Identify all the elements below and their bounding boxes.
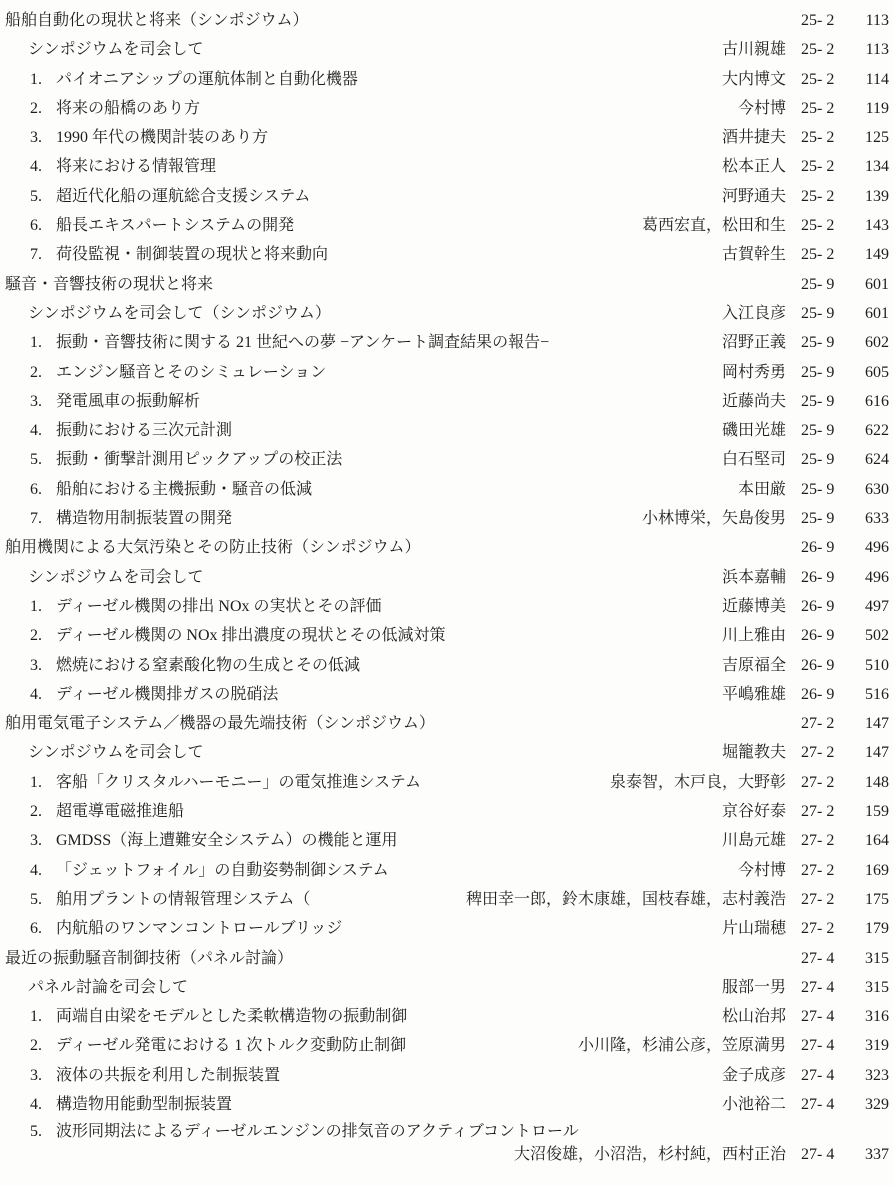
entry-authors: 片山瑞穂 [342, 914, 801, 943]
entry-title: 1990 年代の機関計装のあり方 [56, 123, 268, 152]
entry-page: 114 [847, 65, 889, 94]
entry-title: 船舶における主機振動・騒音の低減 [56, 475, 312, 504]
item-number: 1. [30, 1002, 56, 1031]
entry-title: パイオニアシップの運航体制と自動化機器 [56, 65, 358, 94]
toc-row: 4. 「ジェットフォイル」の自動姿勢制御システム 今村博 27- 2 169 [0, 856, 893, 885]
entry-page: 510 [847, 651, 889, 680]
entry-authors: 小池裕二 [232, 1090, 801, 1119]
toc-row: 船舶自動化の現状と将来（シンポジウム） 25- 2 113 [0, 6, 893, 35]
toc-row: 6. 船長エキスパートシステムの開発 葛西宏直，松田和生 25- 2 143 [0, 211, 893, 240]
item-number: 1. [30, 592, 56, 621]
item-number: 1. [30, 768, 56, 797]
toc-row: 5. 振動・衝撃計測用ピックアップの校正法 白石堅司 25- 9 624 [0, 445, 893, 474]
entry-volume-issue: 26- 9 [801, 592, 847, 621]
entry-page: 119 [847, 94, 889, 123]
toc-row: シンポジウムを司会して（シンポジウム） 入江良彦 25- 9 601 [0, 299, 893, 328]
entry-page: 616 [847, 387, 889, 416]
entry-authors: 堀籠教夫 [203, 738, 801, 767]
toc-row: 6. 船舶における主機振動・騒音の低減 本田厳 25- 9 630 [0, 475, 893, 504]
entry-page: 316 [847, 1002, 889, 1031]
entry-title: 舶用機関による大気汚染とその防止技術（シンポジウム） [5, 533, 420, 562]
entry-title: 将来における情報管理 [56, 152, 216, 181]
item-number: 2. [30, 94, 56, 123]
entry-volume-issue: 27- 4 [801, 1090, 847, 1119]
toc-row: 5. 超近代化船の運航総合支援システム 河野通夫 25- 2 139 [0, 182, 893, 211]
toc-row: 4. 将来における情報管理 松本正人 25- 2 134 [0, 152, 893, 181]
entry-volume-issue: 27- 2 [801, 738, 847, 767]
entry-authors: 小川隆，杉浦公彦，笠原満男 [406, 1031, 801, 1060]
entry-authors: 松本正人 [216, 152, 801, 181]
item-number: 7. [30, 240, 56, 269]
entry-authors: 吉原福全 [360, 651, 801, 680]
toc-row: 1. ディーゼル機関の排出 NOx の実状とその評価 近藤博美 26- 9 49… [0, 592, 893, 621]
entry-page: 164 [847, 826, 889, 855]
item-number: 5. [30, 1119, 56, 1144]
entry-volume-issue: 25- 9 [801, 299, 847, 328]
entry-volume-issue: 27- 4 [801, 1144, 847, 1166]
toc-row: パネル討論を司会して 服部一男 27- 4 315 [0, 973, 893, 1002]
entry-volume-issue: 25- 9 [801, 504, 847, 533]
entry-volume-issue: 27- 2 [801, 826, 847, 855]
toc-row: 4. ディーゼル機関排ガスの脱硝法 平嶋雅雄 26- 9 516 [0, 680, 893, 709]
entry-title: 「ジェットフォイル」の自動姿勢制御システム [56, 856, 389, 885]
toc-row: 1. パイオニアシップの運航体制と自動化機器 大内博文 25- 2 114 [0, 65, 893, 94]
entry-page: 134 [847, 152, 889, 181]
entry-page: 601 [847, 270, 889, 299]
entry-page: 622 [847, 416, 889, 445]
entry-authors: 古川親雄 [203, 35, 801, 64]
entry-page: 630 [847, 475, 889, 504]
entry-authors: 浜本嘉輔 [203, 563, 801, 592]
entry-title: 燃焼における窒素酸化物の生成とその低減 [56, 651, 360, 680]
entry-title: GMDSS（海上遭難安全システム）の機能と運用 [56, 826, 398, 855]
entry-title: 振動・音響技術に関する 21 世紀への夢 −アンケート調査結果の報告− [56, 328, 549, 357]
entry-title: シンポジウムを司会して [28, 738, 203, 767]
entry-title: 超近代化船の運航総合支援システム [56, 182, 310, 211]
entry-title: 舶用電気電子システム／機器の最先端技術（シンポジウム） [5, 709, 435, 738]
entry-page: 315 [847, 973, 889, 1002]
toc-row: 大沼俊雄，小沼浩，杉村純，西村正治 27- 4 337 [0, 1144, 893, 1166]
item-number: 5. [30, 445, 56, 474]
item-number: 7. [30, 504, 56, 533]
entry-authors: 河野通夫 [310, 182, 801, 211]
entry-volume-issue: 25- 2 [801, 94, 847, 123]
entry-volume-issue: 27- 2 [801, 885, 847, 914]
entry-title: 両端自由梁をモデルとした柔軟構造物の振動制御 [56, 1002, 407, 1031]
item-number: 3. [30, 1061, 56, 1090]
entry-authors: 大沼俊雄，小沼浩，杉村純，西村正治 [0, 1144, 801, 1166]
entry-volume-issue: 27- 4 [801, 944, 847, 973]
item-number: 6. [30, 211, 56, 240]
toc-row: 最近の振動騒音制御技術（パネル討論） 27- 4 315 [0, 944, 893, 973]
entry-page: 624 [847, 445, 889, 474]
entry-volume-issue: 25- 9 [801, 416, 847, 445]
item-number: 6. [30, 914, 56, 943]
entry-volume-issue: 25- 9 [801, 328, 847, 357]
entry-authors: 沼野正義 [549, 328, 801, 357]
entry-title: ディーゼル機関の排出 NOx の実状とその評価 [56, 592, 382, 621]
entry-authors: 岡村秀勇 [326, 358, 801, 387]
toc-row: 1. 客船「クリスタルハーモニー」の電気推進システム 泉泰智，木戸良，大野彰 2… [0, 768, 893, 797]
entry-title: シンポジウムを司会して [28, 35, 203, 64]
toc-row: 2. ディーゼル発電における 1 次トルク変動防止制御 小川隆，杉浦公彦，笠原満… [0, 1031, 893, 1060]
entry-title: 舶用プラントの情報管理システム（ [56, 885, 310, 914]
entry-authors: 大内博文 [358, 65, 801, 94]
entry-page: 329 [847, 1090, 889, 1119]
entry-title: パネル討論を司会して [28, 973, 188, 1002]
entry-title: 超電導電磁推進船 [56, 797, 184, 826]
entry-authors: 川島元雄 [398, 826, 801, 855]
entry-title: 最近の振動騒音制御技術（パネル討論） [5, 944, 293, 973]
toc-page: 船舶自動化の現状と将来（シンポジウム） 25- 2 113 シンポジウムを司会し… [0, 0, 893, 1186]
entry-volume-issue: 25- 9 [801, 358, 847, 387]
entry-volume-issue: 27- 2 [801, 768, 847, 797]
toc-list: 船舶自動化の現状と将来（シンポジウム） 25- 2 113 シンポジウムを司会し… [0, 6, 893, 1166]
toc-row: 舶用電気電子システム／機器の最先端技術（シンポジウム） 27- 2 147 [0, 709, 893, 738]
entry-authors: 平嶋雅雄 [278, 680, 801, 709]
entry-authors: 服部一男 [188, 973, 801, 1002]
entry-title: シンポジウムを司会して（シンポジウム） [28, 299, 331, 328]
item-number: 4. [30, 1090, 56, 1119]
entry-title: 船舶自動化の現状と将来（シンポジウム） [5, 6, 308, 35]
toc-row: 4. 振動における三次元計測 磯田光雄 25- 9 622 [0, 416, 893, 445]
entry-volume-issue: 27- 4 [801, 973, 847, 1002]
entry-volume-issue: 26- 9 [801, 651, 847, 680]
entry-page: 113 [847, 6, 889, 35]
entry-page: 319 [847, 1031, 889, 1060]
entry-volume-issue: 27- 4 [801, 1061, 847, 1090]
entry-title: エンジン騒音とそのシミュレーション [56, 358, 326, 387]
entry-page: 139 [847, 182, 889, 211]
item-number: 1. [30, 328, 56, 357]
entry-page: 143 [847, 211, 889, 240]
entry-volume-issue: 25- 9 [801, 387, 847, 416]
entry-volume-issue: 27- 4 [801, 1031, 847, 1060]
entry-authors: 入江良彦 [331, 299, 801, 328]
item-number: 4. [30, 856, 56, 885]
entry-page: 323 [847, 1061, 889, 1090]
entry-page: 497 [847, 592, 889, 621]
toc-row: 7. 荷役監視・制御装置の現状と将来動向 古賀幹生 25- 2 149 [0, 240, 893, 269]
entry-volume-issue: 27- 2 [801, 914, 847, 943]
item-number: 6. [30, 475, 56, 504]
entry-page: 149 [847, 240, 889, 269]
entry-page: 148 [847, 768, 889, 797]
entry-authors: 近藤尚夫 [200, 387, 801, 416]
entry-page: 605 [847, 358, 889, 387]
entry-page: 179 [847, 914, 889, 943]
entry-volume-issue: 25- 2 [801, 152, 847, 181]
toc-row: 5. 波形同期法によるディーゼルエンジンの排気音のアクティブコントロール [0, 1119, 893, 1144]
entry-authors: 酒井捷夫 [268, 123, 801, 152]
entry-volume-issue: 25- 2 [801, 211, 847, 240]
entry-title: 内航船のワンマンコントロールブリッジ [56, 914, 342, 943]
entry-title: 波形同期法によるディーゼルエンジンの排気音のアクティブコントロール [56, 1119, 579, 1144]
entry-volume-issue: 27- 2 [801, 797, 847, 826]
entry-volume-issue: 26- 9 [801, 621, 847, 650]
item-number: 3. [30, 123, 56, 152]
entry-page: 633 [847, 504, 889, 533]
entry-title: 荷役監視・制御装置の現状と将来動向 [56, 240, 328, 269]
entry-page: 516 [847, 680, 889, 709]
toc-row: 6. 内航船のワンマンコントロールブリッジ 片山瑞穂 27- 2 179 [0, 914, 893, 943]
entry-authors: 京谷好泰 [184, 797, 801, 826]
entry-page: 601 [847, 299, 889, 328]
entry-title: 将来の船橋のあり方 [56, 94, 200, 123]
item-number: 2. [30, 358, 56, 387]
item-number: 4. [30, 680, 56, 709]
entry-page: 496 [847, 533, 889, 562]
entry-authors: 泉泰智，木戸良，大野彰 [421, 768, 801, 797]
entry-volume-issue: 25- 9 [801, 445, 847, 474]
entry-authors: 白石堅司 [342, 445, 801, 474]
item-number: 3. [30, 826, 56, 855]
item-number: 4. [30, 152, 56, 181]
entry-authors: 磯田光雄 [232, 416, 801, 445]
item-number: 4. [30, 416, 56, 445]
entry-volume-issue: 26- 9 [801, 533, 847, 562]
toc-row: 7. 構造物用制振装置の開発 小林博栄，矢島俊男 25- 9 633 [0, 504, 893, 533]
entry-title: ディーゼル機関の NOx 排出濃度の現状とその低減対策 [56, 621, 446, 650]
entry-volume-issue: 25- 2 [801, 240, 847, 269]
toc-row: 1. 両端自由梁をモデルとした柔軟構造物の振動制御 松山治邦 27- 4 316 [0, 1002, 893, 1031]
item-number: 5. [30, 885, 56, 914]
entry-authors: 近藤博美 [382, 592, 801, 621]
entry-page: 337 [847, 1144, 889, 1166]
entry-page: 113 [847, 35, 889, 64]
entry-title: 液体の共振を利用した制振装置 [56, 1061, 280, 1090]
entry-volume-issue: 25- 2 [801, 123, 847, 152]
entry-volume-issue: 25- 2 [801, 6, 847, 35]
toc-row: 2. 超電導電磁推進船 京谷好泰 27- 2 159 [0, 797, 893, 826]
entry-volume-issue: 25- 2 [801, 182, 847, 211]
toc-row: 3. 1990 年代の機関計装のあり方 酒井捷夫 25- 2 125 [0, 123, 893, 152]
entry-title: 騒音・音響技術の現状と将来 [5, 270, 213, 299]
entry-title: 構造物用制振装置の開発 [56, 504, 232, 533]
entry-volume-issue: 27- 2 [801, 709, 847, 738]
entry-authors: 本田厳 [312, 475, 801, 504]
entry-volume-issue: 25- 9 [801, 475, 847, 504]
entry-title: 振動における三次元計測 [56, 416, 232, 445]
entry-volume-issue: 26- 9 [801, 563, 847, 592]
entry-volume-issue: 25- 9 [801, 270, 847, 299]
entry-volume-issue: 25- 2 [801, 65, 847, 94]
entry-volume-issue: 26- 9 [801, 680, 847, 709]
item-number: 2. [30, 797, 56, 826]
entry-title: シンポジウムを司会して [28, 563, 203, 592]
entry-authors: 葛西宏直，松田和生 [294, 211, 801, 240]
entry-page: 125 [847, 123, 889, 152]
entry-title: 客船「クリスタルハーモニー」の電気推進システム [56, 768, 421, 797]
toc-row: 3. 液体の共振を利用した制振装置 金子成彦 27- 4 323 [0, 1061, 893, 1090]
entry-title: 船長エキスパートシステムの開発 [56, 211, 294, 240]
toc-row: 5. 舶用プラントの情報管理システム（ 稗田幸一郎，鈴木康雄，国枝春雄，志村義浩… [0, 885, 893, 914]
entry-volume-issue: 25- 2 [801, 35, 847, 64]
toc-row: シンポジウムを司会して 堀籠教夫 27- 2 147 [0, 738, 893, 767]
entry-authors: 今村博 [389, 856, 801, 885]
entry-title: ディーゼル発電における 1 次トルク変動防止制御 [56, 1031, 406, 1060]
toc-row: シンポジウムを司会して 古川親雄 25- 2 113 [0, 35, 893, 64]
entry-authors: 古賀幹生 [328, 240, 801, 269]
entry-page: 159 [847, 797, 889, 826]
item-number: 3. [30, 387, 56, 416]
toc-row: 3. 燃焼における窒素酸化物の生成とその低減 吉原福全 26- 9 510 [0, 651, 893, 680]
item-number: 2. [30, 1031, 56, 1060]
entry-page: 147 [847, 709, 889, 738]
item-number: 3. [30, 651, 56, 680]
entry-authors: 小林博栄，矢島俊男 [232, 504, 801, 533]
toc-row: 3. GMDSS（海上遭難安全システム）の機能と運用 川島元雄 27- 2 16… [0, 826, 893, 855]
toc-row: 舶用機関による大気汚染とその防止技術（シンポジウム） 26- 9 496 [0, 533, 893, 562]
toc-row: 1. 振動・音響技術に関する 21 世紀への夢 −アンケート調査結果の報告− 沼… [0, 328, 893, 357]
toc-row: 3. 発電風車の振動解析 近藤尚夫 25- 9 616 [0, 387, 893, 416]
entry-title: 振動・衝撃計測用ピックアップの校正法 [56, 445, 342, 474]
entry-volume-issue: 27- 2 [801, 856, 847, 885]
entry-page: 147 [847, 738, 889, 767]
toc-row: 騒音・音響技術の現状と将来 25- 9 601 [0, 270, 893, 299]
entry-page: 602 [847, 328, 889, 357]
item-number: 5. [30, 182, 56, 211]
entry-page: 502 [847, 621, 889, 650]
entry-page: 169 [847, 856, 889, 885]
entry-authors: 金子成彦 [280, 1061, 801, 1090]
toc-row: シンポジウムを司会して 浜本嘉輔 26- 9 496 [0, 563, 893, 592]
entry-page: 496 [847, 563, 889, 592]
entry-page: 175 [847, 885, 889, 914]
entry-title: 発電風車の振動解析 [56, 387, 200, 416]
entry-authors: 川上雅由 [446, 621, 801, 650]
item-number: 1. [30, 65, 56, 94]
entry-title: 構造物用能動型制振装置 [56, 1090, 232, 1119]
toc-row: 2. ディーゼル機関の NOx 排出濃度の現状とその低減対策 川上雅由 26- … [0, 621, 893, 650]
entry-authors: 稗田幸一郎，鈴木康雄，国枝春雄，志村義浩 [310, 885, 801, 914]
toc-row: 2. エンジン騒音とそのシミュレーション 岡村秀勇 25- 9 605 [0, 358, 893, 387]
item-number: 2. [30, 621, 56, 650]
toc-row: 2. 将来の船橋のあり方 今村博 25- 2 119 [0, 94, 893, 123]
entry-authors: 今村博 [200, 94, 801, 123]
entry-volume-issue: 27- 4 [801, 1002, 847, 1031]
entry-title: ディーゼル機関排ガスの脱硝法 [56, 680, 278, 709]
toc-row: 4. 構造物用能動型制振装置 小池裕二 27- 4 329 [0, 1090, 893, 1119]
entry-authors: 松山治邦 [407, 1002, 801, 1031]
entry-page: 315 [847, 944, 889, 973]
